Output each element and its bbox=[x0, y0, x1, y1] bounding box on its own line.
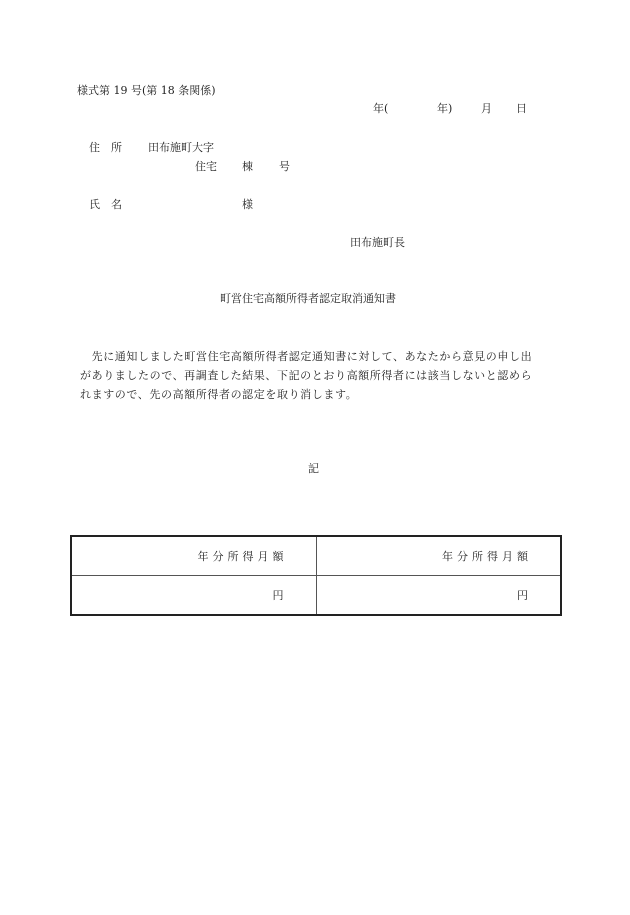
body-paragraph: 先に通知しました町営住宅高額所得者認定通知書に対して、あなたから意見の申し出 が… bbox=[80, 347, 555, 404]
address-value: 田布施町大字 bbox=[148, 141, 214, 155]
date-day-label: 日 bbox=[516, 102, 527, 116]
note-label: 記 bbox=[308, 462, 319, 476]
date-era-year-label: 年) bbox=[437, 102, 452, 116]
body-line: がありましたので、再調査した結果、下記のとおり高額所得者には該当しないと認めら bbox=[80, 366, 555, 385]
table-header-cell: 年分所得月額 bbox=[316, 536, 561, 576]
table-header-cell: 年分所得月額 bbox=[71, 536, 316, 576]
sender: 田布施町長 bbox=[350, 236, 405, 250]
body-line: 先に通知しました町営住宅高額所得者認定通知書に対して、あなたから意見の申し出 bbox=[80, 347, 555, 366]
honorific: 様 bbox=[242, 198, 253, 212]
name-label: 氏 名 bbox=[89, 198, 122, 212]
date-year-label: 年( bbox=[373, 102, 388, 116]
table-row: 円 円 bbox=[71, 576, 561, 616]
table-cell: 円 bbox=[71, 576, 316, 616]
table-cell: 円 bbox=[316, 576, 561, 616]
document-title: 町営住宅高額所得者認定取消通知書 bbox=[220, 292, 396, 306]
table-header-row: 年分所得月額 年分所得月額 bbox=[71, 536, 561, 576]
form-number: 様式第 19 号(第 18 条関係) bbox=[77, 84, 216, 98]
housing-label: 住宅 bbox=[195, 160, 217, 174]
body-line: れますので、先の高額所得者の認定を取り消します。 bbox=[80, 385, 555, 404]
number-label: 号 bbox=[279, 160, 290, 174]
income-table: 年分所得月額 年分所得月額 円 円 bbox=[70, 535, 562, 616]
date-month-label: 月 bbox=[481, 102, 492, 116]
building-label: 棟 bbox=[242, 160, 253, 174]
address-label: 住 所 bbox=[89, 141, 122, 155]
